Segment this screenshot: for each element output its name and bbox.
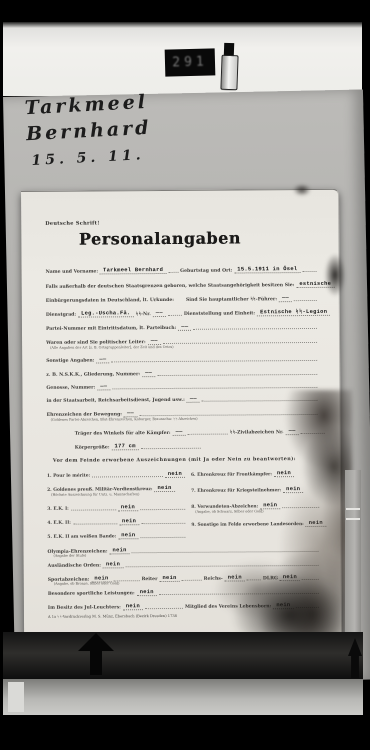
- bottom-shadow-band: [3, 632, 363, 679]
- leader-line: [294, 299, 317, 301]
- award-label: 7. Ehrenkreuz für Kriegsteilnehmer:: [191, 488, 281, 494]
- row-state-service: in der Staatsarbeit, Reichsarbeitsdienst…: [46, 395, 317, 404]
- civil-badge-label: ᛋᛋ-Zivilabzeichen Nr.: [230, 429, 284, 435]
- party-number-label: Partei-Nummer mit Eintrittsdatum, lt. Pa…: [46, 326, 176, 332]
- row-olympia: Olympia-Ehrenzeichen: nein: [47, 546, 318, 555]
- civil-badge-value: ——: [286, 428, 299, 435]
- award-pour-le-merite: 1. Pour le mérite: nein: [47, 471, 185, 479]
- olympia-value: nein: [110, 547, 130, 554]
- rank-label: Dienstgrad:: [46, 313, 76, 318]
- row-athletic: Besondere sportliche Leistungen: nein: [48, 588, 319, 597]
- citizenship-value: estnische: [296, 281, 334, 288]
- row-name-birth: Name und Vorname: Tarkmeel Bernhard Gebu…: [46, 266, 317, 275]
- genosse-value: ——: [97, 383, 110, 390]
- form-title: Personalangaben: [21, 228, 298, 249]
- leader-line: [302, 270, 316, 272]
- name-value: Tarkmeel Bernhard: [100, 267, 166, 274]
- jul-value: nein: [123, 603, 143, 610]
- jul-label: Im Besitz des Jul-Leuchters:: [48, 605, 121, 611]
- award-value: nein: [165, 471, 185, 478]
- sport-reichs-value: nein: [225, 574, 245, 581]
- athletic-label: Besondere sportliche Leistungen:: [48, 591, 135, 597]
- lebensborn-label: Mitglied des Vereins Lebensborn:: [185, 604, 271, 610]
- leader-line: [302, 578, 319, 580]
- unit-label: Dienststellung und Einheit:: [184, 311, 255, 316]
- award-value: nein: [118, 504, 138, 511]
- row-other-info: Sonstige Angaben: ——: [46, 355, 317, 364]
- row-party-number: Partei-Nummer mit Eintrittsdatum, lt. Pa…: [46, 323, 317, 332]
- leader-line: [202, 399, 318, 402]
- leader-line: [111, 359, 317, 362]
- award-label: 6. Ehrenkreuz für Frontkämpfer:: [191, 472, 272, 478]
- arrow-stem: [90, 650, 102, 675]
- script-note: Deutsche Schrift!: [45, 220, 100, 226]
- bottom-gray-band: [3, 679, 363, 715]
- nskk-value: ——: [142, 370, 155, 377]
- fulltime-ss-leader-value: ——: [279, 295, 292, 302]
- award-label: 9. Sonstige im Felde erworbene Landesord…: [191, 522, 303, 528]
- leader-line: [139, 413, 317, 416]
- leader-line: [193, 327, 317, 330]
- up-arrow-marker: [78, 633, 118, 675]
- award-ek2-white-ribbon: 5. E.K. II am weißen Bande: nein: [47, 532, 185, 540]
- award-ek1: 3. E.K. I: nein: [47, 504, 185, 512]
- party-number-value: ——: [178, 324, 191, 331]
- award-gold-mvk-subnote: (Höchste Auszeichnung für Untz. u. Manns…: [51, 492, 139, 497]
- handwritten-annotation: Tarkmeel Bernhard 15. 5. 11.: [24, 91, 153, 169]
- award-label: 1. Pour le mérite:: [47, 474, 90, 479]
- awards-heading: Vor dem Feinde erworbene Auszeichnungen …: [53, 456, 318, 464]
- leader-line: [140, 536, 185, 538]
- height-value: 177 cm: [112, 443, 139, 450]
- naturalization-label: Einbürgerungsdaten in Deutschland, lt. U…: [46, 298, 174, 304]
- leader-line: [247, 578, 261, 580]
- leader-line: [141, 522, 185, 524]
- leader-line: [301, 432, 325, 434]
- old-fighter-value: ——: [173, 429, 186, 436]
- row-height: Körpergröße: 177 cm: [75, 442, 318, 451]
- leader-line: [182, 579, 202, 581]
- ss-number-value: ——: [153, 310, 166, 317]
- name-label: Name und Vorname:: [46, 269, 99, 274]
- other-info-value: ——: [96, 356, 109, 363]
- lebensborn-value: nein: [273, 602, 293, 609]
- row-genosse: Genosse, Nummer: ——: [46, 382, 317, 391]
- award-front-fighter-cross: 6. Ehrenkreuz für Frontkämpfer: nein: [191, 470, 319, 478]
- fulltime-ss-leader-label: Sind Sie hauptamtlicher ᛋᛋ-Führer:: [186, 296, 277, 303]
- leader-line: [145, 607, 183, 609]
- leader-line: [295, 606, 318, 608]
- row-naturalization: Einbürgerungsdaten in Deutschland, lt. U…: [46, 295, 317, 304]
- leader-line: [168, 314, 182, 316]
- award-value: nein: [154, 485, 174, 492]
- row-political-leader: Waren oder sind Sie politischer Leiter: …: [46, 337, 317, 346]
- award-value: nein: [274, 470, 294, 477]
- athletic-value: nein: [137, 589, 157, 596]
- leader-line: [125, 564, 319, 567]
- award-value: nein: [306, 520, 326, 527]
- award-value: nein: [260, 502, 280, 509]
- leader-line: [163, 341, 317, 344]
- sport-dlrg-value: nein: [280, 574, 300, 581]
- unit-value: Estnische ᛋᛋ-Legion: [257, 309, 330, 317]
- leader-line: [112, 386, 317, 389]
- leader-line: [140, 508, 185, 510]
- row-nskk: z. B. N.S.K.K., Gliederung, Nummer: ——: [46, 369, 317, 378]
- row-old-fighter: Träger des Winkels für alte Kämpfer: —— …: [75, 428, 318, 437]
- award-label: 4. E.K. II:: [47, 521, 71, 526]
- frame-number: 291: [172, 55, 208, 71]
- row-foreign-orders: Ausländische Orden: nein: [48, 560, 319, 569]
- award-war-participant-cross: 7. Ehrenkreuz für Kriegsteilnehmer: nein: [191, 486, 319, 494]
- state-service-label: in der Staatsarbeit, Reichsarbeitsdienst…: [46, 398, 184, 404]
- award-wound-badge-subnote: (Angabe, ob Schwarz, Silber oder Gold): [195, 509, 263, 513]
- birth-value: 15.5.1911 in Ösel: [234, 266, 300, 273]
- personalangaben-form-page: Deutsche Schrift! Personalangaben Name u…: [21, 189, 342, 641]
- rank-value: Leg.-Uscha.Fä.: [78, 310, 134, 317]
- award-label: 3. E.K. I:: [47, 507, 69, 512]
- ss-number-label: ᛋᛋ-Nr.: [136, 311, 151, 317]
- political-leader-subnote: (Alle Angaben der Art [z. B. Ortsgruppen…: [50, 345, 173, 350]
- row-rank-unit: Dienstgrad: Leg.-Uscha.Fä. ᛋᛋ-Nr. —— Die…: [46, 309, 317, 318]
- sport-reiter-value: nein: [159, 575, 179, 582]
- leader-line: [168, 271, 178, 273]
- old-fighter-label: Träger des Winkels für alte Kämpfer:: [75, 431, 171, 437]
- arrow-head: [78, 633, 114, 651]
- height-label: Körpergröße:: [75, 445, 110, 450]
- leader-line: [73, 522, 117, 524]
- award-ek2: 4. E.K. II: nein: [47, 518, 185, 526]
- leader-line: [132, 550, 319, 553]
- award-value: nein: [283, 486, 303, 493]
- row-citizenship: Falls außerhalb der deutschen Staatsgren…: [46, 281, 317, 290]
- state-service-value: ——: [187, 396, 200, 403]
- photographed-document: 291 Tarkmeel Bernhard 15. 5. 11. Deutsch…: [0, 0, 370, 750]
- genosse-label: Genosse, Nummer:: [46, 385, 95, 390]
- leader-line: [92, 475, 163, 477]
- nskk-label: z. B. N.S.K.K., Gliederung, Nummer:: [46, 372, 140, 378]
- sport-reichs-label: Reichs-: [204, 577, 223, 582]
- foreign-orders-label: Ausländische Orden:: [48, 563, 101, 568]
- citizenship-label: Falls außerhalb der deutschen Staatsgren…: [46, 283, 295, 290]
- backing-edge-strip: [345, 470, 361, 635]
- leader-line: [157, 373, 317, 376]
- award-value: nein: [118, 532, 138, 539]
- award-value: nein: [119, 518, 139, 525]
- row-jul-lebensborn: Im Besitz des Jul-Leuchters: nein Mitgli…: [48, 602, 319, 611]
- award-other-field-orders: 9. Sonstige im Felde erworbene Landesord…: [191, 520, 319, 528]
- birth-label: Geburtstag und Ort:: [180, 269, 232, 274]
- leader-line: [159, 592, 319, 595]
- leader-line: [282, 506, 319, 508]
- handwritten-firstname: Bernhard: [26, 117, 152, 146]
- award-label: 5. E.K. II am weißen Bande:: [47, 534, 116, 539]
- leader-line: [188, 433, 228, 435]
- ink-bottle-icon: [220, 55, 238, 91]
- movement-honors-subnote: (Goldenes Partei-Abzeichen, Blut-Ehrenze…: [51, 417, 198, 422]
- form-imprint: A 1a ᛋᛋ-Vordruckverlag M. S. Münz, Ebers…: [48, 614, 177, 619]
- archive-frame-number-label: 291: [165, 48, 216, 76]
- olympia-subnote: (Angabe der Stufe): [54, 554, 87, 558]
- foreign-orders-value: nein: [103, 561, 123, 568]
- leader-line: [71, 508, 116, 510]
- sport-dlrg-label: DLRG: [263, 576, 278, 581]
- sport-subnote: (Angabe, ob Bronze, Silber oder Gold): [54, 581, 120, 585]
- other-info-label: Sonstige Angaben:: [46, 358, 94, 363]
- leader-line: [141, 447, 201, 449]
- sport-reiter-label: Reiter: [142, 577, 158, 582]
